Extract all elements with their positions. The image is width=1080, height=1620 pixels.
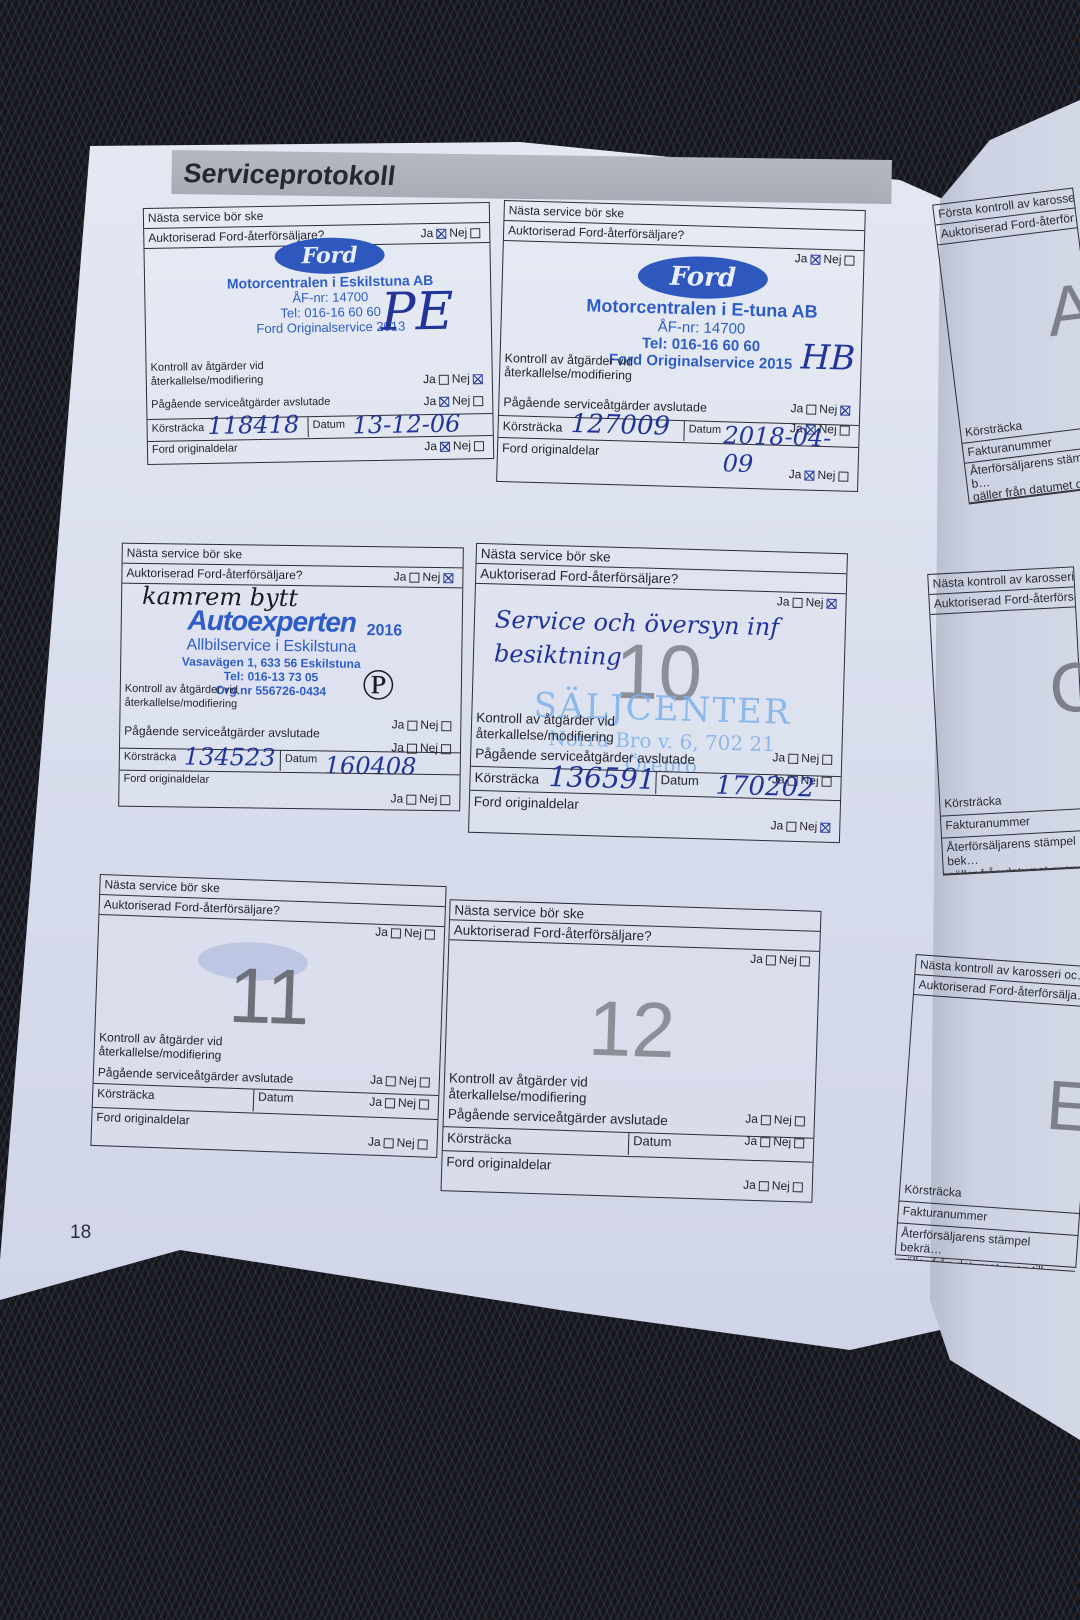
recall-no-checkbox[interactable]	[441, 721, 451, 731]
ongoing-no-checkbox[interactable]	[794, 1138, 804, 1148]
recall-no-checkbox[interactable]	[795, 1116, 805, 1126]
date-value: 160408	[325, 751, 417, 780]
no-checkbox[interactable]	[826, 599, 836, 609]
ongoing-no-checkbox[interactable]	[821, 776, 831, 786]
right-page-box-c: Nästa kontroll av karosseri Auktoriserad…	[927, 566, 1080, 875]
recall-no-checkbox[interactable]	[420, 1077, 430, 1087]
entry-number: 11	[227, 950, 311, 1044]
yes-checkbox[interactable]	[766, 955, 776, 965]
mileage-value: 134523	[184, 743, 276, 772]
no-checkbox[interactable]	[443, 573, 453, 583]
yes-checkbox[interactable]	[792, 598, 802, 608]
recall-check-label: Kontroll av åtgärder vidåterkallelse/mod…	[150, 359, 264, 389]
recall-yes-checkbox[interactable]	[386, 1076, 396, 1086]
signature: HB	[800, 337, 856, 379]
recall-yes-checkbox[interactable]	[407, 720, 417, 730]
recall-yes-checkbox[interactable]	[439, 375, 449, 385]
parts-no-checkbox[interactable]	[417, 1139, 427, 1149]
signature: PE	[380, 282, 454, 343]
ongoing-no-checkbox[interactable]	[419, 1099, 429, 1109]
parts-yes-checkbox[interactable]	[759, 1181, 769, 1191]
parts-yes-checkbox[interactable]	[786, 821, 796, 831]
parts-no-checkbox[interactable]	[793, 1182, 803, 1192]
parts-no-checkbox[interactable]	[820, 822, 830, 832]
no-checkbox[interactable]	[844, 255, 854, 265]
service-entry-8: Nästa service bör ske Auktoriserad Ford-…	[496, 200, 866, 492]
no-checkbox[interactable]	[470, 228, 480, 238]
page-title: Serviceprotokoll	[182, 158, 397, 192]
ford-logo-icon: Ford	[637, 255, 768, 301]
recall-no-checkbox[interactable]	[840, 405, 850, 415]
service-entry-10: Nästa service bör ske Auktoriserad Ford-…	[468, 543, 848, 843]
mileage-value: 136591	[548, 760, 656, 796]
no-checkbox[interactable]	[800, 956, 810, 966]
mileage-value: 127009	[570, 409, 670, 442]
service-entry-11: Nästa service bör ske Auktoriserad Ford-…	[90, 874, 446, 1158]
service-entry-7: Nästa service bör ske Auktoriserad Ford-…	[143, 202, 494, 465]
ford-logo-icon: Ford	[274, 237, 385, 275]
service-entry-9: Nästa service bör ske Auktoriserad Ford-…	[118, 543, 464, 812]
parts-yes-checkbox[interactable]	[406, 794, 416, 804]
entry-number: 12	[587, 983, 677, 1077]
ongoing-yes-checkbox[interactable]	[439, 397, 449, 407]
right-page-box-e: Nästa kontroll av karosseri oc… Auktoris…	[895, 954, 1080, 1268]
ongoing-yes-checkbox[interactable]	[760, 1137, 770, 1147]
signature: ℗	[361, 659, 395, 710]
parts-yes-checkbox[interactable]	[804, 470, 814, 480]
recall-yes-checkbox[interactable]	[788, 753, 798, 763]
mileage-value: 118418	[207, 410, 299, 440]
service-entry-12: Nästa service bör ske Auktoriserad Ford-…	[441, 899, 822, 1203]
parts-no-checkbox[interactable]	[838, 471, 848, 481]
recall-no-checkbox[interactable]	[473, 374, 483, 384]
recall-yes-checkbox[interactable]	[806, 404, 816, 414]
yes-checkbox[interactable]	[409, 572, 419, 582]
page-number: 18	[70, 1222, 91, 1244]
parts-yes-checkbox[interactable]	[440, 442, 450, 452]
parts-no-checkbox[interactable]	[474, 441, 484, 451]
parts-yes-checkbox[interactable]	[383, 1138, 393, 1148]
recall-no-checkbox[interactable]	[822, 754, 832, 764]
ongoing-no-checkbox[interactable]	[473, 396, 483, 406]
yes-checkbox[interactable]	[391, 928, 401, 938]
parts-no-checkbox[interactable]	[440, 795, 450, 805]
ongoing-done-label: Pågående serviceåtgärder avslutade	[151, 396, 330, 411]
no-checkbox[interactable]	[425, 929, 435, 939]
recall-yes-checkbox[interactable]	[761, 1115, 771, 1125]
ongoing-yes-checkbox[interactable]	[385, 1098, 395, 1108]
